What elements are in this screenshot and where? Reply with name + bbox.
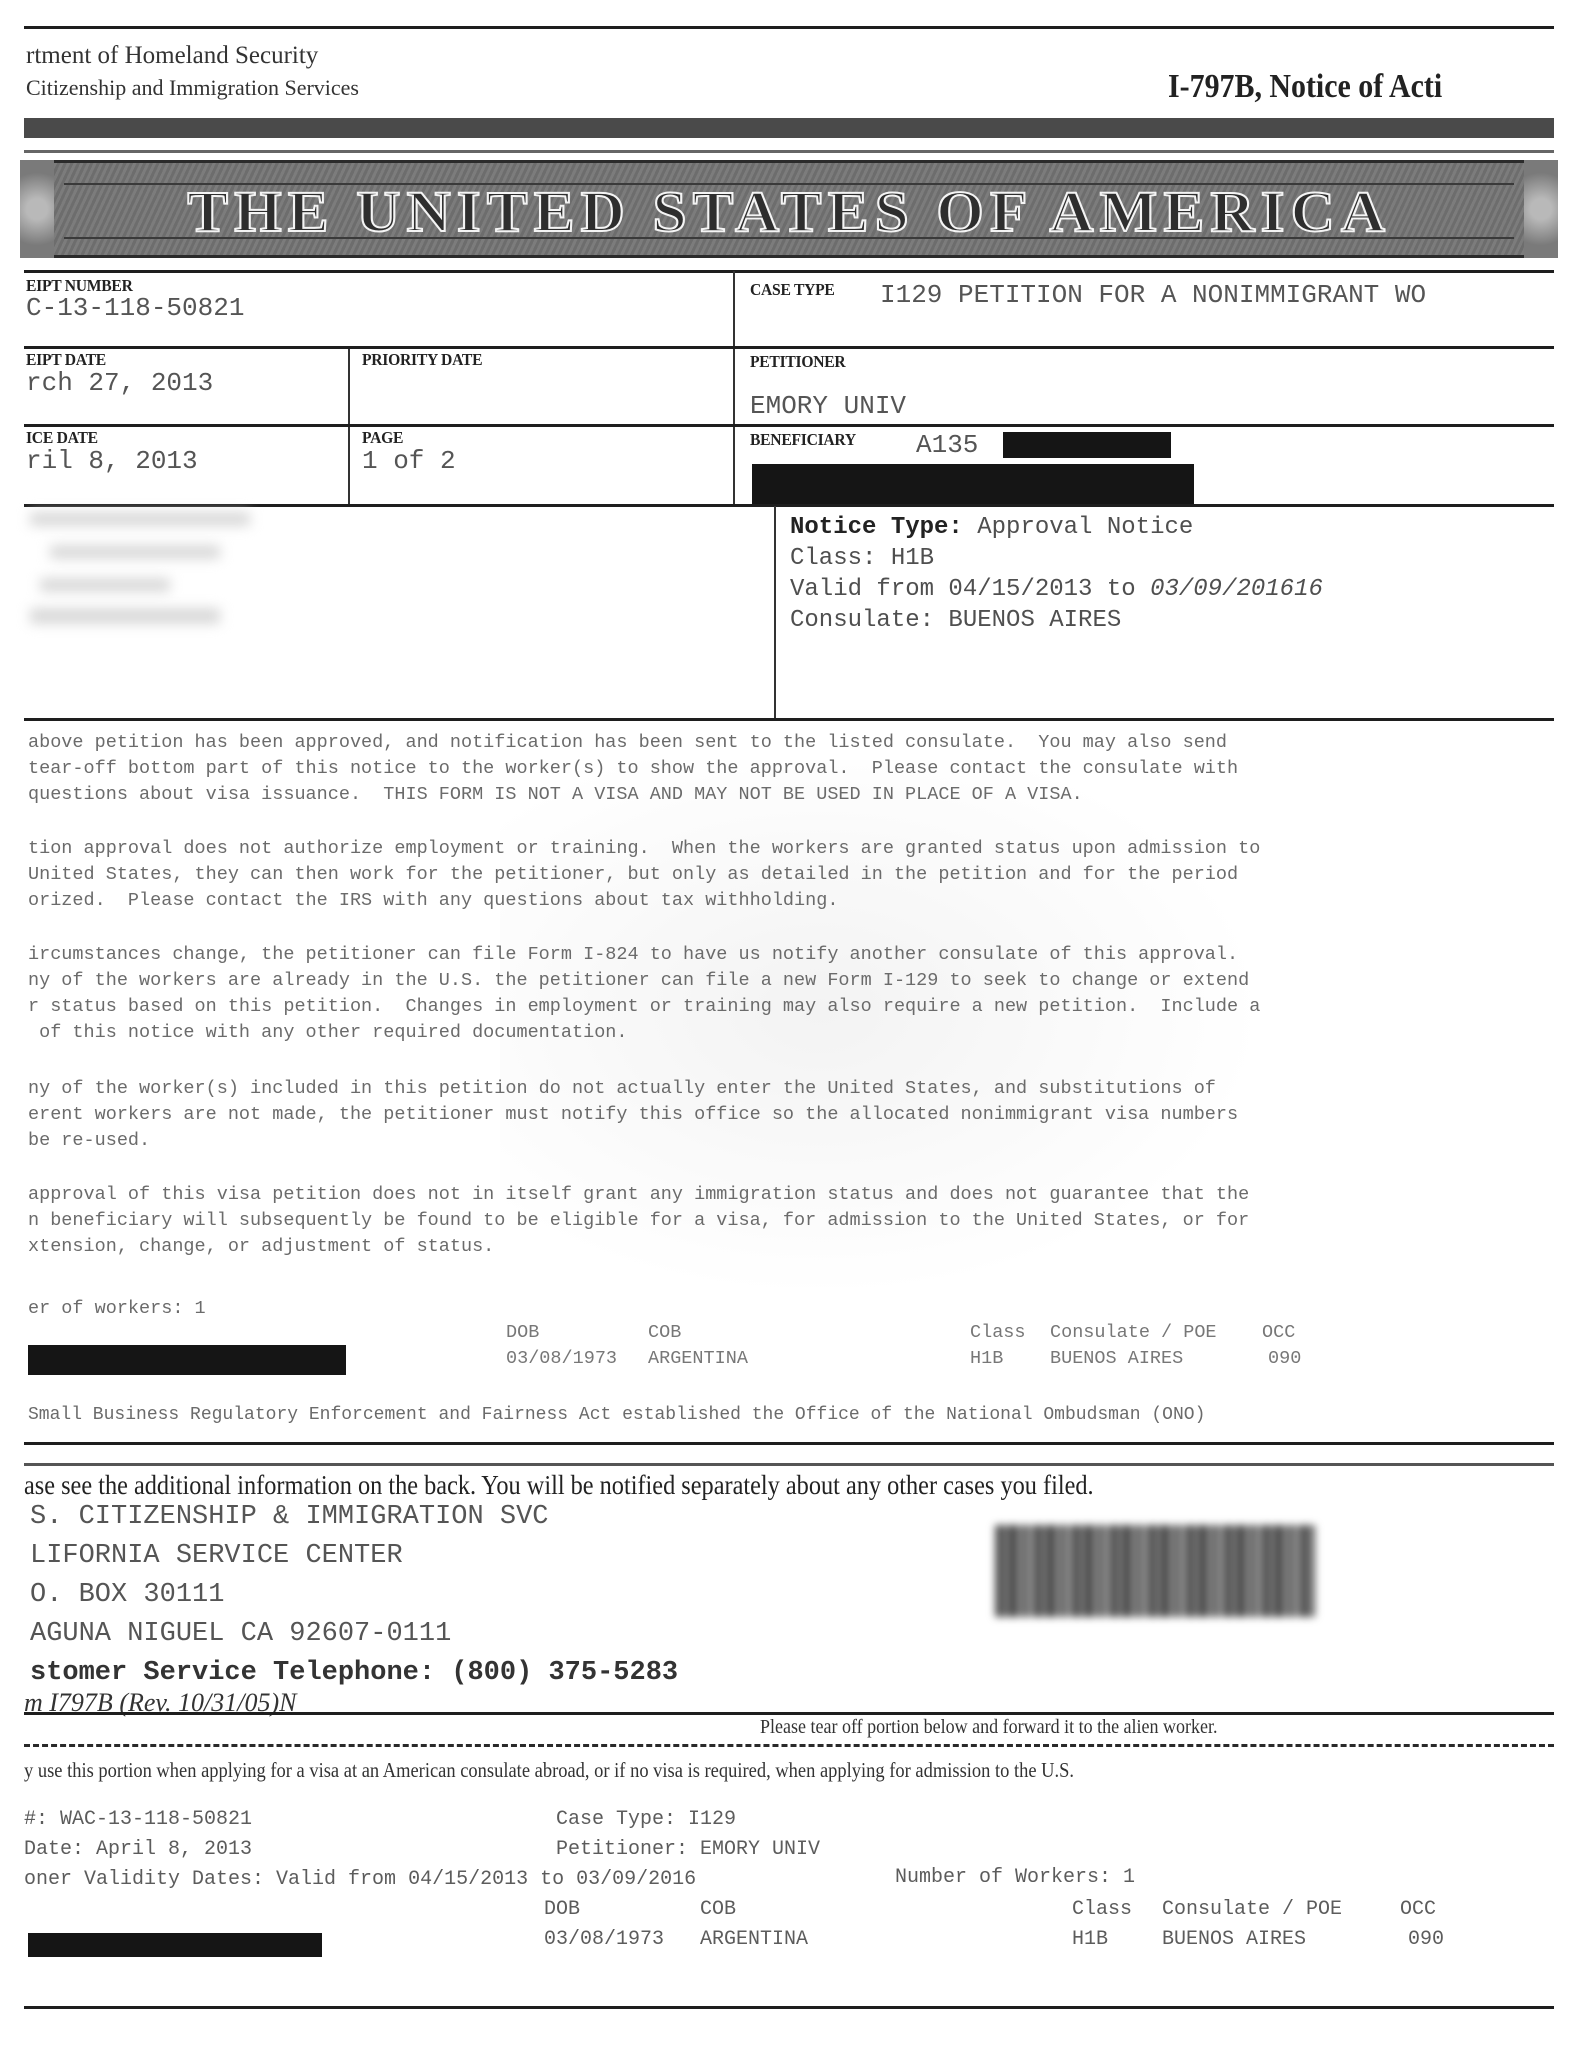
petitioner-value: EMORY UNIV <box>750 391 906 421</box>
recipient-address-blurred-2 <box>50 545 220 559</box>
page-value: 1 of 2 <box>362 446 456 476</box>
i797b-notice-page: rtment of Homeland Security Citizenship … <box>0 0 1583 2048</box>
form-title: I-797B, Notice of Acti <box>1168 68 1442 106</box>
receipt-date-value: rch 27, 2013 <box>26 368 213 398</box>
footer-rule-2 <box>24 1463 1554 1466</box>
agency-name: rtment of Homeland Security <box>26 42 318 70</box>
header-thin-rule <box>24 150 1554 153</box>
top-rule <box>24 26 1554 29</box>
notice-box: Notice Type: Approval Notice Class: H1B … <box>790 512 1323 636</box>
valid-line-prefix: Valid from 04/15/2013 to <box>790 576 1150 603</box>
worker-cob: ARGENTINA <box>648 1348 748 1369</box>
worker-name-redaction <box>28 1345 346 1375</box>
notice-date-label: ICE DATE <box>26 428 98 448</box>
paragraph-circumstances: ircumstances change, the petitioner can … <box>28 942 1260 1046</box>
paragraph-employment: tion approval does not authorize employm… <box>28 836 1260 914</box>
tear-petitioner: Petitioner: EMORY UNIV <box>556 1838 820 1861</box>
tear-cob: ARGENTINA <box>700 1928 808 1951</box>
tear-off-usage-note: y use this portion when applying for a v… <box>24 1758 1074 1783</box>
grid-top-rule <box>24 270 1554 273</box>
number-of-workers: er of workers: 1 <box>28 1296 206 1322</box>
receipt-number-value: C-13-118-50821 <box>26 293 244 323</box>
banner-text: THE UNITED STATES OF AMERICA <box>187 178 1391 245</box>
tear-receipt-number: #: WAC-13-118-50821 <box>24 1808 252 1831</box>
return-address-line-1: S. CITIZENSHIP & IMMIGRATION SVC <box>30 1502 548 1532</box>
valid-line-end: 03/09/201616 <box>1150 576 1323 603</box>
tear-off-instruction: Please tear off portion below and forwar… <box>760 1716 1218 1739</box>
consulate-line: Consulate: BUENOS AIRES <box>790 605 1323 636</box>
grid-bottom-rule <box>24 504 1554 507</box>
worker-cob-header: COB <box>648 1322 681 1343</box>
tear-class: H1B <box>1072 1928 1108 1951</box>
worker-dob: 03/08/1973 <box>506 1348 617 1369</box>
paragraph-approval: above petition has been approved, and no… <box>28 730 1238 808</box>
tear-line <box>24 1744 1554 1747</box>
return-address-line-4: AGUNA NIGUEL CA 92607-0111 <box>30 1619 451 1649</box>
tear-worker-name-redaction <box>28 1933 322 1957</box>
tear-dob-header: DOB <box>544 1898 580 1921</box>
tear-consulate-header: Consulate / POE <box>1162 1898 1342 1921</box>
worker-consulate: BUENOS AIRES <box>1050 1348 1183 1369</box>
recipient-address-blurred-4 <box>30 608 220 624</box>
beneficiary-id-redaction <box>1003 432 1171 458</box>
return-address-line-2: LIFORNIA SERVICE CENTER <box>30 1541 403 1571</box>
page-label: PAGE <box>362 428 403 448</box>
worker-occ: 090 <box>1268 1348 1301 1369</box>
beneficiary-name-redaction <box>752 464 1194 504</box>
paragraph-substitutions: ny of the worker(s) included in this pet… <box>28 1076 1238 1154</box>
notice-type-label: Notice Type: <box>790 514 963 541</box>
case-type-label: CASE TYPE <box>750 280 835 300</box>
worker-dob-header: DOB <box>506 1322 539 1343</box>
agency-subname: Citizenship and Immigration Services <box>26 74 359 102</box>
back-info-notice: ase see the additional information on th… <box>24 1470 1094 1501</box>
ombudsman-notice: Small Business Regulatory Enforcement an… <box>28 1402 1205 1428</box>
tear-dob: 03/08/1973 <box>544 1928 664 1951</box>
tear-off-bottom-rule <box>24 2006 1554 2009</box>
grid-row-rule-1 <box>24 346 1554 349</box>
beneficiary-label: BENEFICIARY <box>750 430 856 450</box>
customer-service-phone: stomer Service Telephone: (800) 375-5283 <box>30 1658 678 1688</box>
valid-line: Valid from 04/15/2013 to 03/09/201616 <box>790 574 1323 605</box>
notice-box-divider <box>774 506 776 718</box>
return-address-line-3: O. BOX 30111 <box>30 1580 224 1610</box>
priority-date-label: PRIORITY DATE <box>362 350 482 370</box>
tear-class-header: Class <box>1072 1898 1132 1921</box>
receipt-date-label: EIPT DATE <box>26 350 106 370</box>
worker-occ-header: OCC <box>1262 1322 1295 1343</box>
recipient-address-blurred <box>30 512 250 526</box>
tear-notice-date: Date: April 8, 2013 <box>24 1838 252 1861</box>
notice-type-line: Notice Type: Approval Notice <box>790 512 1323 543</box>
class-line: Class: H1B <box>790 543 1323 574</box>
worker-consulate-header: Consulate / POE <box>1050 1322 1217 1343</box>
recipient-address-blurred-3 <box>40 578 170 592</box>
grid-col-divider-right <box>733 271 735 506</box>
tear-case-type: Case Type: I129 <box>556 1808 736 1831</box>
barcode-blurred <box>995 1525 1315 1617</box>
tear-off-top-rule <box>24 1712 1554 1715</box>
notice-type-value: Approval Notice <box>977 514 1193 541</box>
grid-row-rule-2 <box>24 424 1554 427</box>
tear-occ: 090 <box>1408 1928 1444 1951</box>
case-type-value: I129 PETITION FOR A NONIMMIGRANT WO <box>880 280 1554 310</box>
tear-occ-header: OCC <box>1400 1898 1436 1921</box>
tear-cob-header: COB <box>700 1898 736 1921</box>
banner-left-ornament <box>20 160 54 258</box>
banner-right-ornament <box>1524 160 1558 258</box>
petitioner-label: PETITIONER <box>750 352 845 372</box>
paragraph-disclaimer: approval of this visa petition does not … <box>28 1182 1249 1260</box>
beneficiary-id: A135 <box>916 430 978 460</box>
notice-date-value: ril 8, 2013 <box>26 446 198 476</box>
header-band <box>24 118 1554 138</box>
footer-rule-1 <box>24 1442 1554 1445</box>
worker-class: H1B <box>970 1348 1003 1369</box>
tear-validity-dates: oner Validity Dates: Valid from 04/15/20… <box>24 1868 696 1891</box>
worker-class-header: Class <box>970 1322 1026 1343</box>
usa-banner: THE UNITED STATES OF AMERICA <box>24 160 1554 258</box>
body-top-rule <box>24 718 1554 721</box>
tear-number-of-workers: Number of Workers: 1 <box>895 1866 1135 1889</box>
tear-consulate: BUENOS AIRES <box>1162 1928 1306 1951</box>
